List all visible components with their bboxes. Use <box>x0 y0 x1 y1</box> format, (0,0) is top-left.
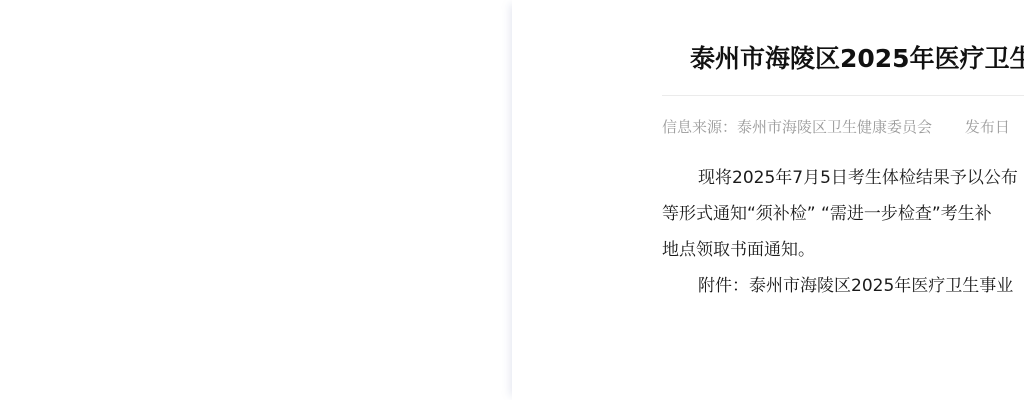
article-body: 现将2025年7月5日考生体检结果予以公布 等形式通知“须补检” “需进一步检查… <box>662 160 1024 304</box>
title-divider <box>662 95 1024 96</box>
body-line: 现将2025年7月5日考生体检结果予以公布 <box>662 160 1024 196</box>
meta-source: 信息来源：泰州市海陵区卫生健康委员会 <box>662 117 932 137</box>
meta-source-value: 泰州市海陵区卫生健康委员会 <box>737 118 932 136</box>
meta-source-label: 信息来源： <box>662 118 737 136</box>
article-panel: 泰州市海陵区2025年医疗卫生 信息来源：泰州市海陵区卫生健康委员会 发布日 现… <box>512 0 1024 400</box>
left-blank-area <box>0 0 512 400</box>
article-meta: 信息来源：泰州市海陵区卫生健康委员会 发布日 <box>662 117 1010 137</box>
meta-publish-date-label: 发布日 <box>965 117 1010 137</box>
body-line: 等形式通知“须补检” “需进一步检查”考生补 <box>662 196 1024 232</box>
attachment-line[interactable]: 附件：泰州市海陵区2025年医疗卫生事业 <box>662 268 1024 304</box>
article-title: 泰州市海陵区2025年医疗卫生 <box>690 42 1024 76</box>
page: 泰州市海陵区2025年医疗卫生 信息来源：泰州市海陵区卫生健康委员会 发布日 现… <box>0 0 1024 400</box>
body-line: 地点领取书面通知。 <box>662 232 1024 268</box>
